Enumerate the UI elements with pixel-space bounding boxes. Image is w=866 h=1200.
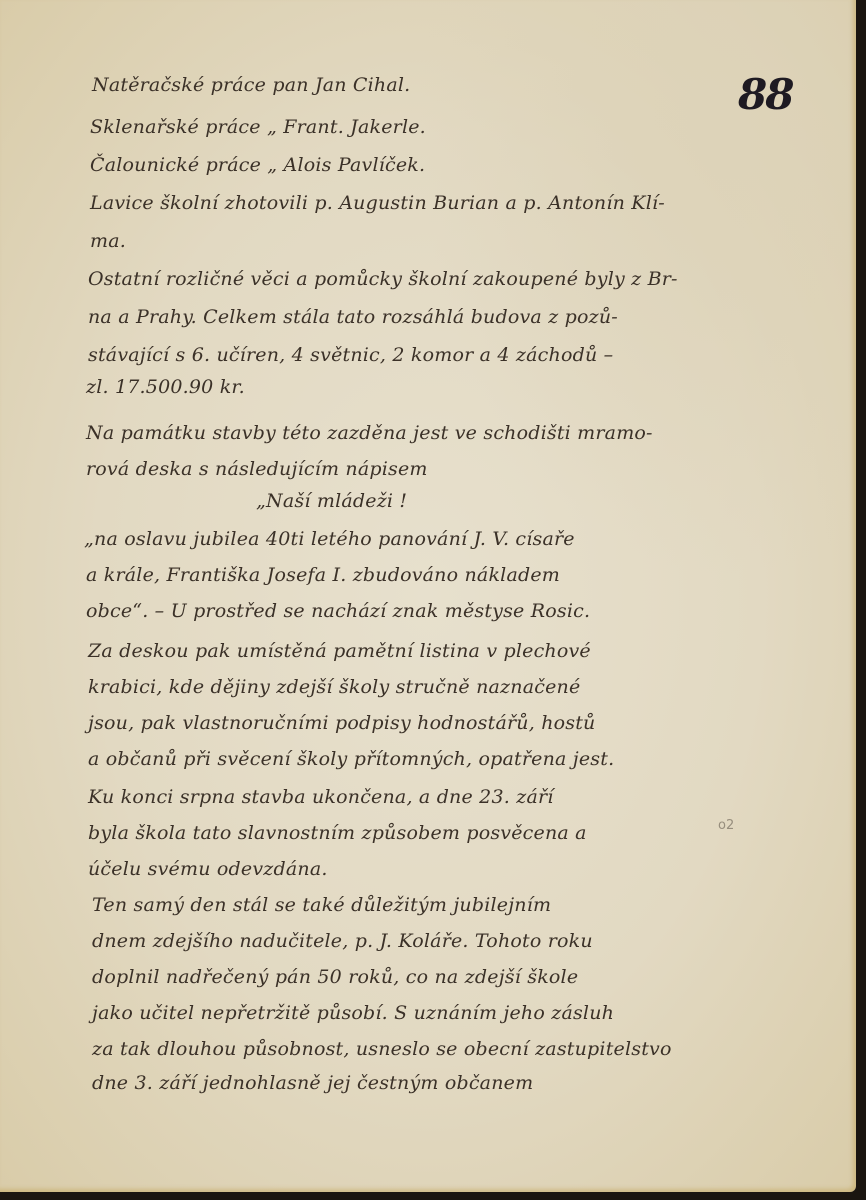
text-line: účelu svému odevzdána. xyxy=(88,858,328,880)
text-line: Natěračské práce pan Jan Cihal. xyxy=(92,74,410,96)
text-line: „na oslavu jubilea 40ti letého panování … xyxy=(84,528,575,550)
text-line: a občanů při svěcení školy přítomných, o… xyxy=(88,748,614,770)
text-line: Ten samý den stál se také důležitým jubi… xyxy=(92,894,551,916)
text-line: ma. xyxy=(90,230,126,252)
text-line: krabici, kde dějiny zdejší školy stručně… xyxy=(88,676,580,698)
text-line: zl. 17.500.90 kr. xyxy=(86,376,245,398)
text-line: Za deskou pak umístěná pamětní listina v… xyxy=(88,640,591,662)
text-line: jako učitel nepřetržitě působí. S uznání… xyxy=(92,1002,614,1024)
text-line: stávající s 6. učíren, 4 světnic, 2 komo… xyxy=(88,344,613,366)
margin-mark: o2 xyxy=(718,818,734,833)
page-number: 88 xyxy=(738,70,792,119)
text-line: Ku konci srpna stavba ukončena, a dne 23… xyxy=(88,786,554,808)
page-edge-bottom xyxy=(0,1192,866,1200)
text-line: dne 3. září jednohlasně jej čestným obča… xyxy=(92,1072,533,1094)
text-line: za tak dlouhou působnost, usneslo se obe… xyxy=(92,1038,672,1060)
page-edge-right xyxy=(856,0,866,1200)
text-line: Čalounické práce „ Alois Pavlíček. xyxy=(90,154,425,176)
manuscript-page: 88 Natěračské práce pan Jan Cihal. Sklen… xyxy=(0,0,856,1192)
text-line: byla škola tato slavnostním způsobem pos… xyxy=(88,822,587,844)
inscription-heading: „Naší mládeži ! xyxy=(256,490,407,512)
text-line: na a Prahy. Celkem stála tato rozsáhlá b… xyxy=(88,306,618,328)
text-line: obce“. – U prostřed se nachází znak měst… xyxy=(86,600,590,622)
text-line: Na památku stavby této zazděna jest ve s… xyxy=(86,422,653,444)
text-line: rová deska s následujícím nápisem xyxy=(86,458,428,480)
text-line: Ostatní rozličné věci a pomůcky školní z… xyxy=(88,268,678,290)
text-line: Sklenařské práce „ Frant. Jakerle. xyxy=(90,116,426,138)
text-line: doplnil nadřečený pán 50 roků, co na zde… xyxy=(92,966,578,988)
text-line: dnem zdejšího nadučitele, p. J. Koláře. … xyxy=(92,930,593,952)
text-line: Lavice školní zhotovili p. Augustin Buri… xyxy=(90,192,665,214)
text-line: jsou, pak vlastnoručními podpisy hodnost… xyxy=(88,712,596,734)
text-line: a krále, Františka Josefa I. zbudováno n… xyxy=(86,564,560,586)
